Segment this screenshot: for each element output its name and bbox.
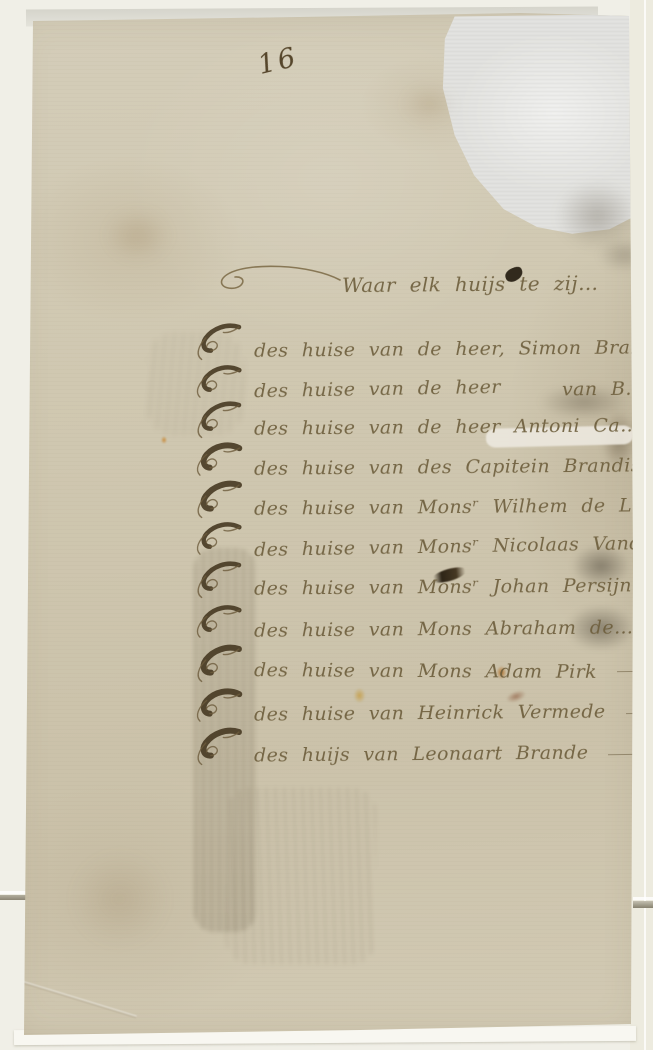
manuscript-page: 16 Waar elk huijs te zij… des huise van …	[0, 0, 653, 1050]
heading-text: Waar elk huijs te zij…	[342, 271, 599, 297]
mount-seam-highlight-left	[0, 891, 27, 894]
manuscript-line: des huise van Mons Abraham de…	[188, 606, 645, 640]
manuscript-line: des huise van de heer, Simon Bral…	[188, 326, 645, 360]
line-text: des huise van Monsʳ Nicolaas Vande U…	[254, 531, 653, 561]
line-flourish-mark	[188, 320, 246, 360]
line-text: des huise van de heer, Simon Bral…	[254, 336, 653, 362]
line-flourish-mark	[188, 642, 246, 682]
line-text: des huise van des Capitein Brandis…	[254, 454, 653, 480]
line-text: des huise van de heer Antoni Ca…	[254, 414, 640, 439]
manuscript-line: des huise van de heer Antoni Ca…	[188, 404, 645, 438]
manuscript-line: des huijs van Leonaart Brande	[188, 731, 645, 765]
line-flourish-mark	[188, 398, 246, 438]
line-text: des huise van Monsʳ Wilhem de L…	[254, 494, 652, 519]
mount-sheet-edge-highlight	[644, 0, 646, 1050]
heading-line: Waar elk huijs te zij…	[214, 256, 598, 296]
manuscript-line: des huise van de heer van B…	[188, 366, 645, 400]
manuscript-line: des huise van Monsʳ Nicolaas Vande U…	[188, 523, 645, 557]
manuscript-line: des huise van Monsʳ Johan Persijn	[188, 564, 645, 598]
mount-seam-highlight-right	[633, 897, 653, 900]
manuscript-line: des huise van Monsʳ Wilhem de L…	[188, 484, 645, 518]
line-text: des huise van Monsʳ Johan Persijn	[254, 574, 632, 599]
line-flourish-mark	[188, 438, 246, 478]
heading-flourish-mark	[214, 260, 342, 296]
manuscript-line: des huise van des Capitein Brandis…	[188, 444, 645, 478]
line-text: des huijs van Leonaart Brande	[254, 742, 589, 767]
line-flourish-mark	[188, 360, 246, 400]
line-flourish-mark	[188, 517, 246, 557]
line-text: des huise van Mons Abraham de…	[254, 616, 634, 641]
line-text: des huise van Mons Adam Pirk	[254, 659, 597, 683]
photograph-of-manuscript: 16 Waar elk huijs te zij… des huise van …	[0, 0, 653, 1050]
mount-seam-right	[633, 901, 653, 908]
line-flourish-mark	[188, 684, 246, 724]
mount-right-strip	[630, 0, 653, 1050]
manuscript-line: des huise van Mons Adam Pirk	[188, 648, 645, 682]
line-flourish-mark	[188, 725, 246, 765]
line-flourish-mark	[188, 478, 246, 518]
line-flourish-mark	[188, 600, 246, 640]
manuscript-line: des huise van Heinrick Vermede	[188, 690, 645, 724]
line-text: des huise van Heinrick Vermede	[254, 700, 606, 725]
line-text: des huise van de heer	[254, 376, 501, 402]
line-flourish-mark	[188, 558, 246, 598]
mount-seam-left	[0, 895, 27, 900]
